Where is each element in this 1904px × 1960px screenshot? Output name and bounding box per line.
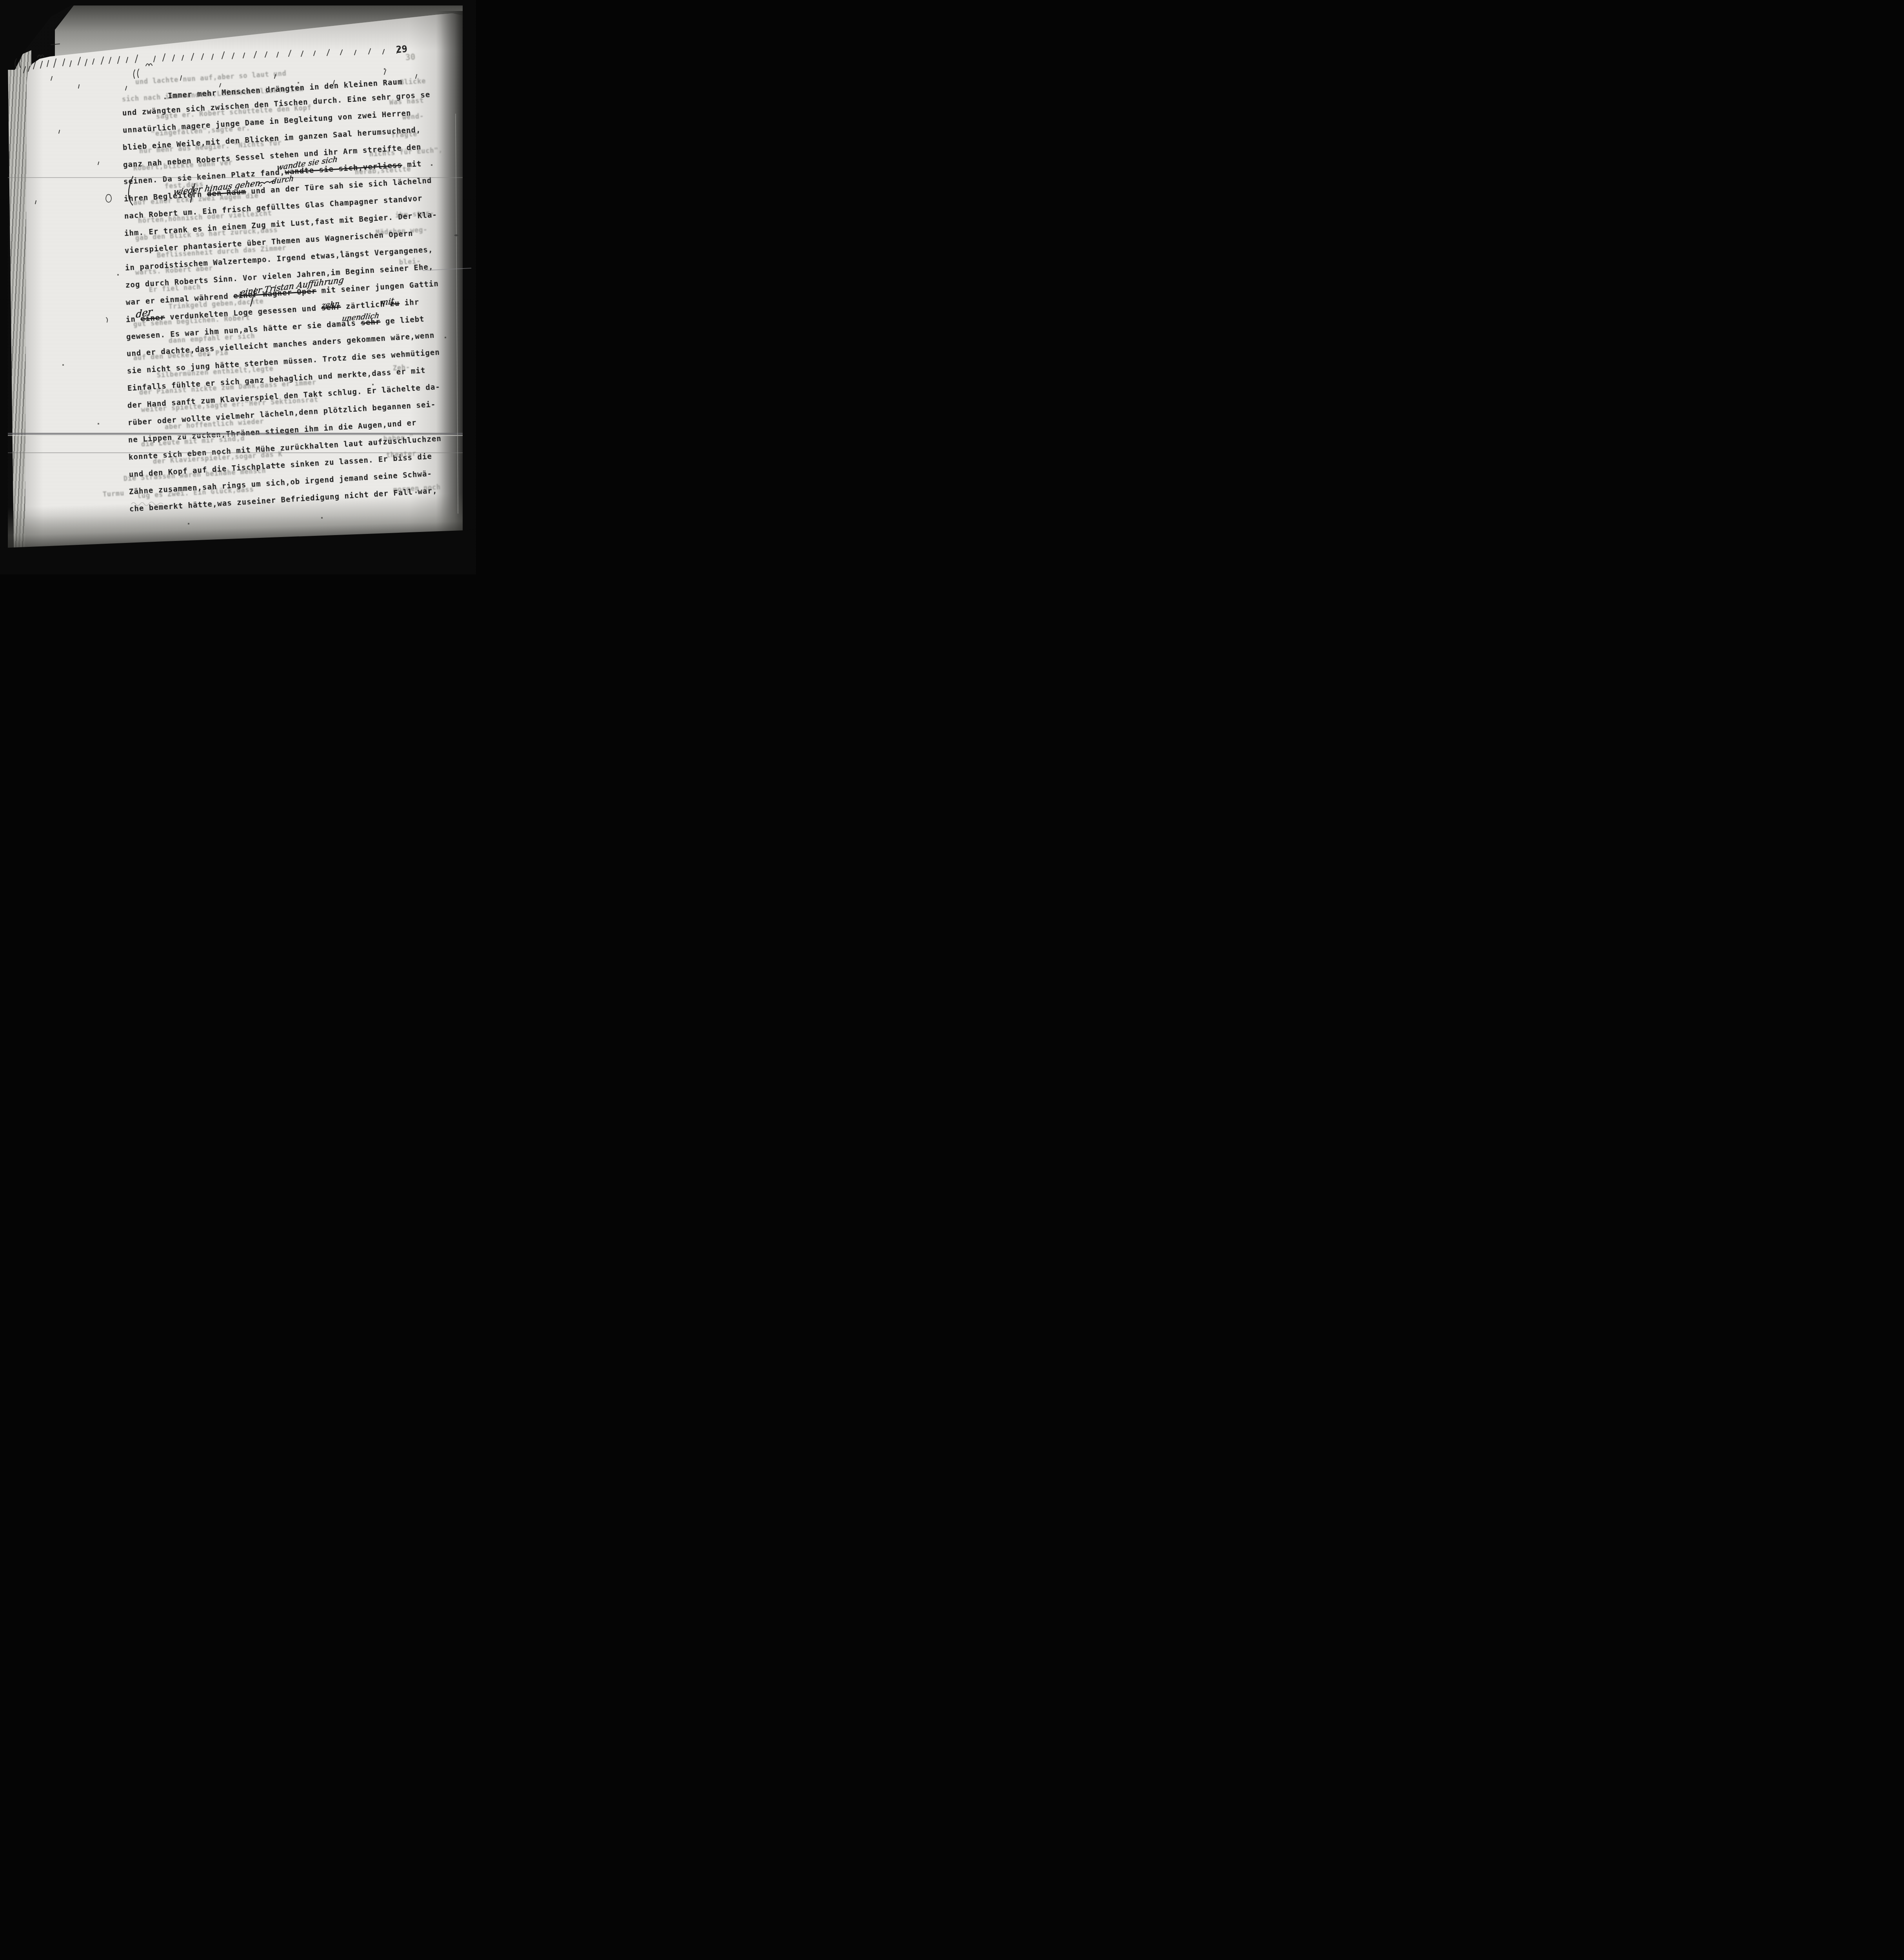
photo-border-right <box>463 0 476 574</box>
page-number-30: 30 <box>405 52 416 62</box>
speckles <box>0 0 1 1</box>
ghost-text: Turmu <box>102 490 124 499</box>
photo-border-top <box>0 0 476 5</box>
photo-border-left <box>0 0 8 574</box>
ghost-text: Blicke <box>400 77 426 87</box>
scanned-manuscript-photo: 29 30 und lachte nun auf,aber so laut un… <box>0 0 476 574</box>
right-edge-shadow <box>436 11 463 547</box>
